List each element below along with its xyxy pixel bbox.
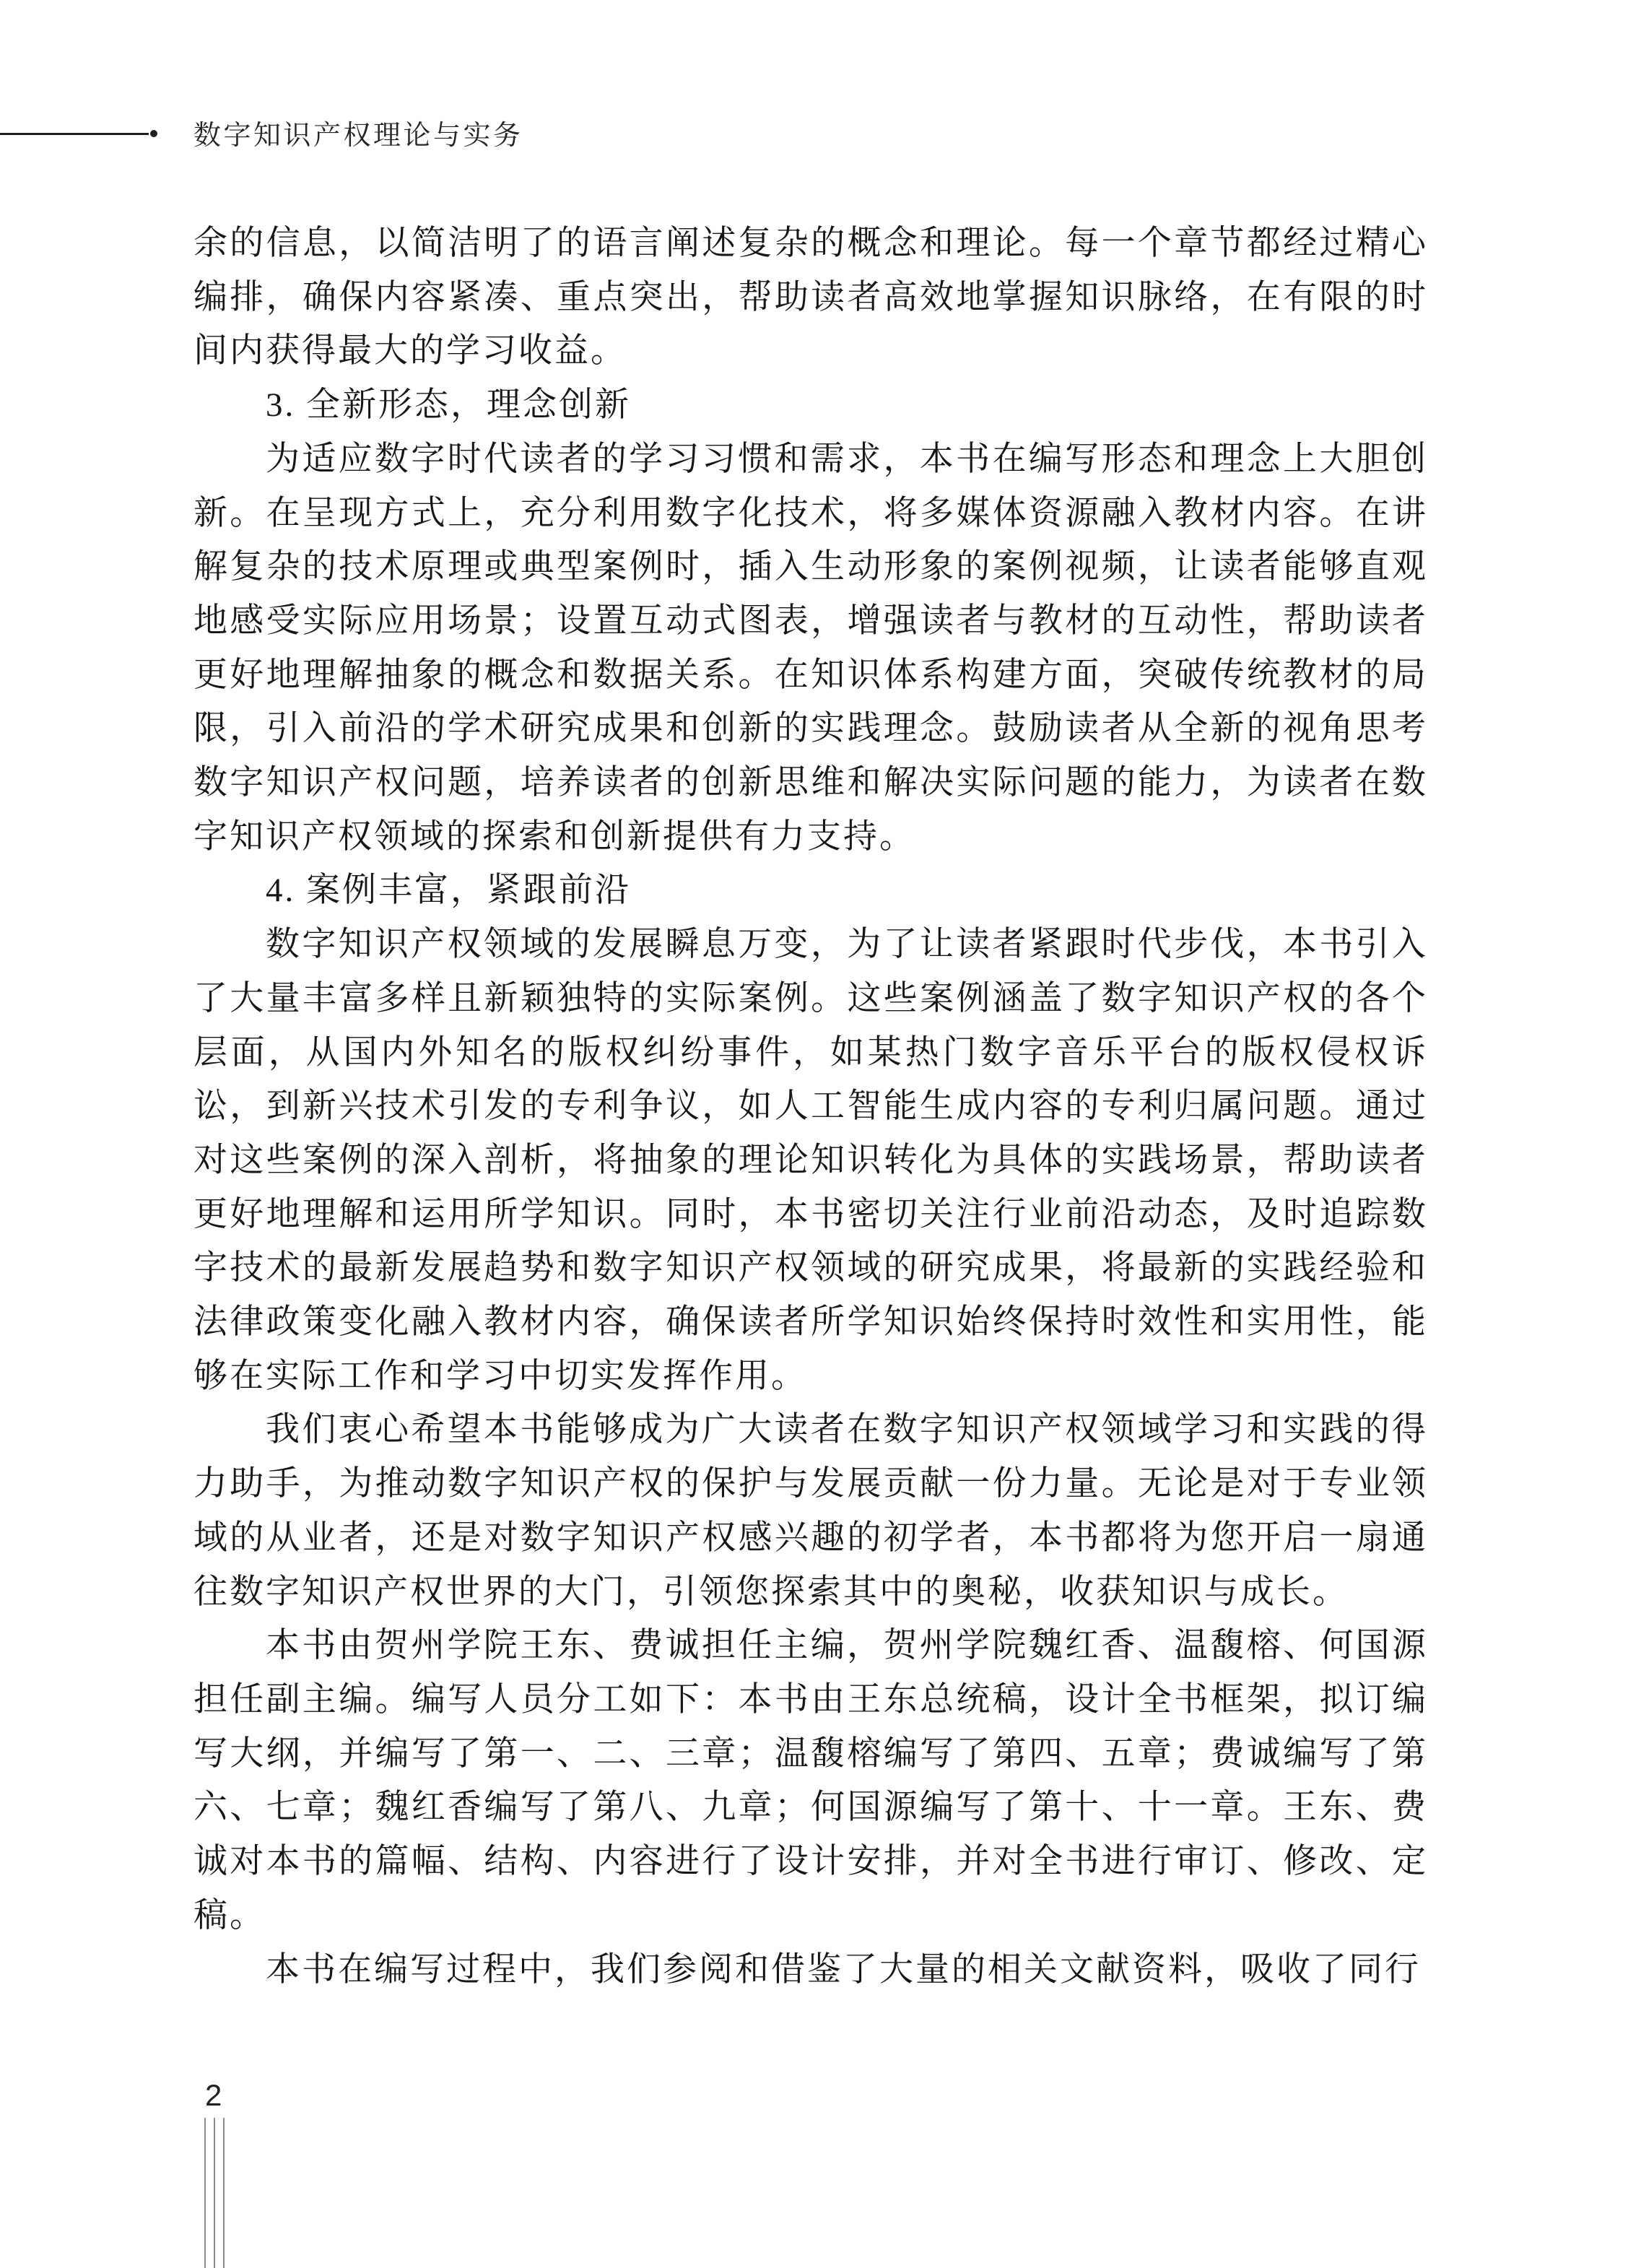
page-number: 2 (205, 2078, 222, 2113)
body-paragraph: 本书在编写过程中，我们参阅和借鉴了大量的相关文献资料，吸收了同行 (193, 1943, 1428, 1997)
section-heading-3: 3. 全新形态，理念创新 (193, 378, 1428, 433)
header-dot (150, 130, 157, 137)
body-paragraph: 为适应数字时代读者的学习习惯和需求，本书在编写形态和理念上大胆创新。在呈现方式上… (193, 433, 1428, 864)
book-page: 数字知识产权理论与实务 余的信息，以简洁明了的语言阐述复杂的概念和理论。每一个章… (0, 0, 1628, 2268)
body-paragraph: 数字知识产权领域的发展瞬息万变，为了让读者紧跟时代步伐，本书引入了大量丰富多样且… (193, 918, 1428, 1403)
spine-line (223, 2118, 225, 2268)
body-paragraph: 我们衷心希望本书能够成为广大读者在数字知识产权领域学习和实践的得力助手，为推动数… (193, 1403, 1428, 1619)
spine-lines (204, 2118, 226, 2268)
page-body: 余的信息，以简洁明了的语言阐述复杂的概念和理论。每一个章节都经过精心编排，确保内… (193, 217, 1428, 1997)
section-heading-4: 4. 案例丰富，紧跟前沿 (193, 864, 1428, 918)
header-rule-line (0, 133, 149, 135)
spine-line (214, 2118, 215, 2268)
spine-line (204, 2118, 206, 2268)
body-paragraph-continued: 余的信息，以简洁明了的语言阐述复杂的概念和理论。每一个章节都经过精心编排，确保内… (193, 217, 1428, 378)
body-paragraph: 本书由贺州学院王东、费诚担任主编，贺州学院魏红香、温馥榕、何国源担任副主编。编写… (193, 1619, 1428, 1942)
running-head-title: 数字知识产权理论与实务 (193, 113, 523, 152)
